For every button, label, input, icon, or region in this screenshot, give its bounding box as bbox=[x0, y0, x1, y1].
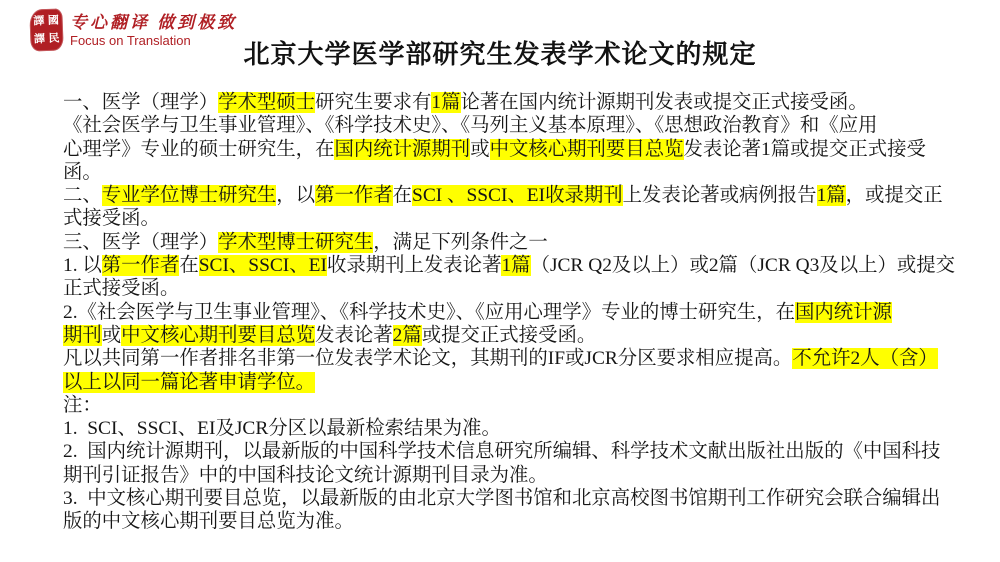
text-segment: 期刊引证报告》中的中国科技论文统计源期刊目录为准。 bbox=[63, 465, 548, 486]
text-line: 1. 以第一作者在SCI、SSCI、EI收录期刊上发表论著1篇（JCR Q2及以… bbox=[63, 254, 958, 277]
text-segment: 正式接受函。 bbox=[63, 278, 179, 299]
highlighted-text: 专业学位博士研究生 bbox=[102, 185, 277, 206]
text-segment: 论著在国内统计源期刊发表或提交正式接受函。 bbox=[461, 92, 868, 113]
text-line: 凡以共同第一作者排名非第一位发表学术论文，其期刊的IF或JCR分区要求相应提高。… bbox=[63, 347, 958, 370]
highlighted-text: 1篇 bbox=[501, 255, 530, 276]
highlighted-text: SCI 、SSCI、EI收录期刊 bbox=[412, 185, 623, 206]
text-line: 心理学》专业的硕士研究生，在国内统计源期刊或中文核心期刊要目总览发表论著1篇或提… bbox=[63, 138, 958, 161]
highlighted-text: 第一作者 bbox=[102, 255, 180, 276]
text-segment: 在 bbox=[179, 255, 198, 276]
text-segment: 发表论著1篇或提交正式接受 bbox=[684, 139, 926, 160]
text-segment: 函。 bbox=[63, 162, 102, 183]
text-segment: 2. 国内统计源期刊，以最新版的中国科学技术信息研究所编辑、科学技术文献出版社出… bbox=[63, 441, 940, 462]
text-line: 3. 中文核心期刊要目总览，以最新版的由北京大学图书馆和北京高校图书馆期刊工作研… bbox=[63, 487, 958, 510]
highlighted-text: 以上以同一篇论著申请学位。 bbox=[63, 372, 315, 393]
text-line: 2. 国内统计源期刊，以最新版的中国科学技术信息研究所编辑、科学技术文献出版社出… bbox=[63, 440, 958, 463]
text-segment: 发表论著 bbox=[315, 325, 393, 346]
highlighted-text: 1篇 bbox=[431, 92, 460, 113]
text-segment: 收录期刊上发表论著 bbox=[327, 255, 502, 276]
highlighted-text: 学术型硕士 bbox=[218, 92, 315, 113]
text-line: 正式接受函。 bbox=[63, 277, 958, 300]
text-line: 版的中文核心期刊要目总览为准。 bbox=[63, 510, 958, 533]
text-line: 1. SCI、SSCI、EI及JCR分区以最新检索结果为准。 bbox=[63, 417, 958, 440]
highlighted-text: 2篇 bbox=[393, 325, 422, 346]
seal-char: 國 bbox=[48, 15, 59, 26]
text-segment: 1. SCI、SSCI、EI及JCR分区以最新检索结果为准。 bbox=[63, 418, 501, 439]
text-segment: 二、 bbox=[63, 185, 102, 206]
text-line: 期刊引证报告》中的中国科技论文统计源期刊目录为准。 bbox=[63, 464, 958, 487]
text-segment: 或 bbox=[470, 139, 489, 160]
text-segment: 研究生要求有 bbox=[315, 92, 431, 113]
text-segment: 3. 中文核心期刊要目总览，以最新版的由北京大学图书馆和北京高校图书馆期刊工作研… bbox=[63, 488, 940, 509]
highlighted-text: 国内统计源 bbox=[795, 302, 892, 323]
highlighted-text: 国内统计源期刊 bbox=[334, 139, 470, 160]
highlighted-text: 期刊 bbox=[63, 325, 102, 346]
highlighted-text: SCI、SSCI、EI bbox=[199, 255, 327, 276]
highlighted-text: 1篇 bbox=[817, 185, 846, 206]
highlighted-text: 不允许2人（含） bbox=[792, 348, 937, 369]
text-segment: 式接受函。 bbox=[63, 208, 160, 229]
text-line: 以上以同一篇论著申请学位。 bbox=[63, 371, 958, 394]
seal-char: 譯 bbox=[33, 16, 44, 27]
text-line: 二、专业学位博士研究生，以第一作者在SCI 、SSCI、EI收录期刊上发表论著或… bbox=[63, 184, 958, 207]
text-segment: ，满足下列条件之一 bbox=[373, 232, 548, 253]
text-segment: 在 bbox=[393, 185, 412, 206]
text-segment: 《社会医学与卫生事业管理》、《科学技术史》、《马列主义基本原理》、《思想政治教育… bbox=[63, 115, 877, 136]
text-segment: 一、医学（理学） bbox=[63, 92, 218, 113]
text-line: 函。 bbox=[63, 161, 958, 184]
text-segment: （JCR Q2及以上）或2篇（JCR Q3及以上）或提交 bbox=[531, 255, 955, 276]
text-segment: 版的中文核心期刊要目总览为准。 bbox=[63, 511, 354, 532]
brand-slogan-chinese: 专心翻译 做到极致 bbox=[70, 13, 237, 32]
page-title: 北京大学医学部研究生发表学术论文的规定 bbox=[0, 34, 1000, 71]
text-segment: 注： bbox=[63, 395, 102, 416]
highlighted-text: 第一作者 bbox=[315, 185, 393, 206]
text-line: 《社会医学与卫生事业管理》、《科学技术史》、《马列主义基本原理》、《思想政治教育… bbox=[63, 114, 958, 137]
text-line: 式接受函。 bbox=[63, 207, 958, 230]
highlighted-text: 学术型博士研究生 bbox=[218, 232, 373, 253]
document-body: 一、医学（理学）学术型硕士研究生要求有1篇论著在国内统计源期刊发表或提交正式接受… bbox=[63, 91, 958, 534]
highlighted-text: 中文核心期刊要目总览 bbox=[490, 139, 684, 160]
text-segment: 三、医学（理学） bbox=[63, 232, 218, 253]
text-segment: 心理学》专业的硕士研究生，在 bbox=[63, 139, 334, 160]
text-segment: ，或提交正 bbox=[846, 185, 943, 206]
document-page: 譯 國 譯 民 专心翻译 做到极致 Focus on Translation 北… bbox=[0, 0, 1000, 562]
text-segment: 凡以共同第一作者排名非第一位发表学术论文，其期刊的IF或JCR分区要求相应提高。 bbox=[63, 348, 792, 369]
text-line: 期刊或中文核心期刊要目总览发表论著2篇或提交正式接受函。 bbox=[63, 324, 958, 347]
text-segment: 或提交正式接受函。 bbox=[422, 325, 597, 346]
text-line: 2.《社会医学与卫生事业管理》、《科学技术史》、《应用心理学》专业的博士研究生，… bbox=[63, 301, 958, 324]
text-segment: ，以 bbox=[276, 185, 315, 206]
text-segment: 上发表论著或病例报告 bbox=[623, 185, 817, 206]
text-segment: 或 bbox=[102, 325, 121, 346]
text-segment: 1. 以 bbox=[63, 255, 102, 276]
text-line: 三、医学（理学）学术型博士研究生，满足下列条件之一 bbox=[63, 231, 958, 254]
highlighted-text: 中文核心期刊要目总览 bbox=[121, 325, 315, 346]
text-line: 注： bbox=[63, 394, 958, 417]
text-line: 一、医学（理学）学术型硕士研究生要求有1篇论著在国内统计源期刊发表或提交正式接受… bbox=[63, 91, 958, 114]
text-segment: 2.《社会医学与卫生事业管理》、《科学技术史》、《应用心理学》专业的博士研究生，… bbox=[63, 302, 795, 323]
